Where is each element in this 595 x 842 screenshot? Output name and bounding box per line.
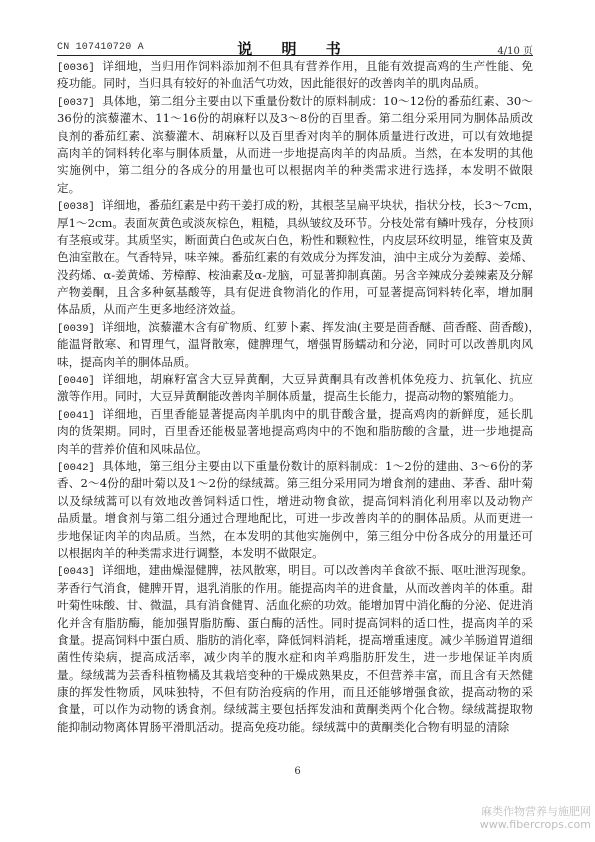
line-text: 实施例中，第二组分的各成分的用量也可以根据肉羊的种类需求进行选择，本发明不做限 <box>57 163 533 177</box>
line-text: 定。 <box>57 181 80 195</box>
paragraph: [0037]具体地，第二组分主要由以下重量份数计的原料制成：10～12份的番茄红… <box>57 93 533 197</box>
watermark: 麻类作物营养与施肥网 www.fibercrops.com <box>480 805 591 831</box>
text-line: 定。 <box>57 180 533 197</box>
line-text: 食量，可以作为动物的诱食剂。绿绒蒿主要包括挥发油和黄酮类两个化合物。绿绒蒿提取物 <box>57 702 533 716</box>
text-line: 高肉羊的饲料转化率与胴体质量，从而进一步地提高肉羊的肉品质。当然，在本发明的其他 <box>57 145 533 162</box>
line-text: 详细地，番茄红素是中药干姜打成的粉，其根茎呈扁平块状，指状分枝，长3～7cm， <box>102 198 533 212</box>
line-text: 激等作用。同时，大豆异黄酮能改善肉羊胴体质量，提高生长能力，提高动物的繁殖能力。 <box>57 389 521 403</box>
text-line: 能温肾散寒、和胃理气，温肾散寒，健脾理气，增强胃肠蠕动和分泌，同时可以改善肌肉风 <box>57 336 533 353</box>
text-line: 色油室散在。气香特异，味辛辣。番茄红素的有效成分为挥发油，油中主成分为姜醇、姜烯… <box>57 249 533 266</box>
text-line: 肉的货架期。同时，百里香还能极显著地提高鸡肉中的不饱和脂肪酸的含量，进一步地提高 <box>57 423 533 440</box>
text-line: 有茎痕或芽。其质坚实，断面黄白色或灰白色，粉性和颗粒性，内皮层环纹明显，维管束及… <box>57 232 533 249</box>
text-line: 量。绿绒蒿为芸香科植物橘及其栽培变种的干燥成熟果皮，不但营养丰富，而且含有天然健 <box>57 667 533 684</box>
line-text: 食量。提高饲料中蛋白质、脂肪的消化率，降低饲料消耗，提高增重速度。减少羊肠道胃道… <box>57 633 533 647</box>
line-text: 良剂的番茄红素、滨藜灌木、胡麻籽以及百里香对肉羊的胴体质量进行改进，可以有效地提 <box>57 129 533 143</box>
text-line: 康的挥发性物质，风味独特，不但有防治疫病的作用，而且还能够增强食欲，提高动物的采 <box>57 684 533 701</box>
line-text: 没药烯、α-姜黄烯、芳樟醇、桉油素及α-龙脑，可显著抑制真菌。另含辛辣成分姜辣素… <box>57 268 533 282</box>
line-text: 肉的货架期。同时，百里香还能极显著地提高鸡肉中的不饱和脂肪酸的含量，进一步地提高 <box>57 424 533 438</box>
text-line: 激等作用。同时，大豆异黄酮能改善肉羊胴体质量，提高生长能力，提高动物的繁殖能力。 <box>57 388 533 405</box>
text-line: 没药烯、α-姜黄烯、芳樟醇、桉油素及α-龙脑，可显著抑制真菌。另含辛辣成分姜辣素… <box>57 267 533 284</box>
paragraph: [0039]详细地，滨藜灌木含有矿物质、红萝卜素、挥发油(主要是茴香醚、茴香醛、… <box>57 319 533 371</box>
paragraph: [0036]详细地，当归用作饲料添加剂不但具有营养作用，且能有效提高鸡的生产性能… <box>57 58 533 93</box>
watermark-site-name: 麻类作物营养与施肥网 <box>480 805 591 818</box>
text-line: 36份的滨藜灌木、11～16份的胡麻籽以及3～8份的百里香。第二组分采用同为胴体… <box>57 110 533 127</box>
paragraph-number: [0037] <box>57 95 102 110</box>
line-text: 详细地，百里香能显著提高肉羊肌肉中的肌苷酸含量，提高鸡肉的新鲜度，延长肌 <box>102 407 533 421</box>
line-text: 详细地，胡麻籽富含大豆异黄酮，大豆异黄酮具有改善机体免疫力、抗氧化、抗应 <box>102 372 533 386</box>
line-text: 品质量。增食剂与第二组分通过合理地配比，可进一步改善肉羊的的胴体品质。从而更进一 <box>57 511 533 525</box>
text-line: 步地保证肉羊的肉品质。当然，在本发明的其他实施例中，第三组分中份各成分的用量还可 <box>57 528 533 545</box>
text-line: [0036]详细地，当归用作饲料添加剂不但具有营养作用，且能有效提高鸡的生产性能… <box>57 58 533 75</box>
line-text: 厚1～2cm。表面灰黄色或淡灰棕色，粗糙，具纵皱纹及环节。分枝处常有鳞叶残存，分… <box>57 216 533 230</box>
line-text: 详细地，建曲燥湿健脾，祛风散寒，明目。可以改善肉羊食欲不振、呕吐泄泻现象。 <box>102 563 533 577</box>
page-number: 6 <box>0 766 595 777</box>
paragraph-number: [0036] <box>57 60 102 75</box>
document-body: [0036]详细地，当归用作饲料添加剂不但具有营养作用，且能有效提高鸡的生产性能… <box>57 58 533 736</box>
line-text: 36份的滨藜灌木、11～16份的胡麻籽以及3～8份的百里香。第二组分采用同为胴体… <box>57 111 533 125</box>
paragraph: [0038]详细地，番茄红素是中药干姜打成的粉，其根茎呈扁平块状，指状分枝，长3… <box>57 197 533 319</box>
text-line: 良剂的番茄红素、滨藜灌木、胡麻籽以及百里香对肉羊的胴体质量进行改进，可以有效地提 <box>57 128 533 145</box>
paragraph: [0041]详细地，百里香能显著提高肉羊肌肉中的肌苷酸含量，提高鸡肉的新鲜度，延… <box>57 406 533 458</box>
line-text: 香、2～4份的甜叶菊以及1～2份的绿绒蒿。第三组分采用同为增食剂的建曲、茅香、甜… <box>57 476 533 490</box>
line-text: 能抑制动物离体胃肠平滑肌活动。提高免疫功能。绿绒蒿中的黄酮类化合物有明显的清除 <box>57 720 509 734</box>
text-line: 化并含有脂肪酶，能加强胃脂肪酶、蛋白酶的活性。同时提高饲料的适口性，提高肉羊的采 <box>57 615 533 632</box>
paragraph: [0040]详细地，胡麻籽富含大豆异黄酮，大豆异黄酮具有改善机体免疫力、抗氧化、… <box>57 371 533 406</box>
text-line: 肉羊的营养价值和风味品位。 <box>57 441 533 458</box>
text-line: 以根据肉羊的种类需求进行调整，本发明不做限定。 <box>57 545 533 562</box>
paragraph-number: [0039] <box>57 321 102 336</box>
line-text: 产物姜酮，且含多种氨基酸等，具有促进食物消化的作用，可显著提高饲料转化率，增加胴 <box>57 285 533 299</box>
paragraph-number: [0042] <box>57 460 102 475</box>
paragraph: [0042]具体地，第三组分主要由以下重量份数计的原料制成：1～2份的建曲、3～… <box>57 458 533 562</box>
line-text: 量。绿绒蒿为芸香科植物橘及其栽培变种的干燥成熟果皮，不但营养丰富，而且含有天然健 <box>57 668 533 682</box>
line-text: 味，提高肉羊的胴体品质。 <box>57 355 196 369</box>
line-text: 有茎痕或芽。其质坚实，断面黄白色或灰白色，粉性和颗粒性，内皮层环纹明显，维管束及… <box>57 233 533 247</box>
line-text: 具体地，第三组分主要由以下重量份数计的原料制成：1～2份的建曲、3～6份的茅 <box>102 459 533 473</box>
header-rule <box>57 55 533 56</box>
text-line: 品质量。增食剂与第二组分通过合理地配比，可进一步改善肉羊的的胴体品质。从而更进一 <box>57 510 533 527</box>
line-text: 康的挥发性物质，风味独特，不但有防治疫病的作用，而且还能够增强食欲，提高动物的采 <box>57 685 533 699</box>
text-line: 体品质，从而产生更多地经济效益。 <box>57 301 533 318</box>
text-line: [0043]详细地，建曲燥湿健脾，祛风散寒，明目。可以改善肉羊食欲不振、呕吐泄泻… <box>57 562 533 579</box>
line-text: 具体地，第二组分主要由以下重量份数计的原料制成：10～12份的番茄红素、30～ <box>102 94 533 108</box>
line-text: 茅香行气消食，健脾开胃，退乳消胀的作用。能提高肉羊的进食量，从而改善肉羊的体重。… <box>57 581 533 595</box>
text-line: 疫功能。同时，当归具有较好的补血活气功效，因此能很好的改善肉羊的肌肉品质。 <box>57 75 533 92</box>
text-line: [0040]详细地，胡麻籽富含大豆异黄酮，大豆异黄酮具有改善机体免疫力、抗氧化、… <box>57 371 533 388</box>
text-line: 食量。提高饲料中蛋白质、脂肪的消化率，降低饲料消耗，提高增重速度。减少羊肠道胃道… <box>57 632 533 649</box>
text-line: 能抑制动物离体胃肠平滑肌活动。提高免疫功能。绿绒蒿中的黄酮类化合物有明显的清除 <box>57 719 533 736</box>
line-text: 化并含有脂肪酶，能加强胃脂肪酶、蛋白酶的活性。同时提高饲料的适口性，提高肉羊的采 <box>57 616 533 630</box>
line-text: 能温肾散寒、和胃理气，温肾散寒，健脾理气，增强胃肠蠕动和分泌，同时可以改善肌肉风 <box>57 337 533 351</box>
line-text: 肉羊的营养价值和风味品位。 <box>57 442 208 456</box>
text-line: 香、2～4份的甜叶菊以及1～2份的绿绒蒿。第三组分采用同为增食剂的建曲、茅香、甜… <box>57 475 533 492</box>
line-text: 高肉羊的饲料转化率与胴体质量，从而进一步地提高肉羊的肉品质。当然，在本发明的其他 <box>57 146 533 160</box>
text-line: [0039]详细地，滨藜灌木含有矿物质、红萝卜素、挥发油(主要是茴香醚、茴香醛、… <box>57 319 533 336</box>
text-line: 茅香行气消食，健脾开胃，退乳消胀的作用。能提高肉羊的进食量，从而改善肉羊的体重。… <box>57 580 533 597</box>
text-line: 食量，可以作为动物的诱食剂。绿绒蒿主要包括挥发油和黄酮类两个化合物。绿绒蒿提取物 <box>57 701 533 718</box>
paragraph-number: [0038] <box>57 199 102 214</box>
text-line: 厚1～2cm。表面灰黄色或淡灰棕色，粗糙，具纵皱纹及环节。分枝处常有鳞叶残存，分… <box>57 215 533 232</box>
line-text: 步地保证肉羊的肉品质。当然，在本发明的其他实施例中，第三组分中份各成分的用量还可 <box>57 529 533 543</box>
line-text: 以根据肉羊的种类需求进行调整，本发明不做限定。 <box>57 546 324 560</box>
paragraph-number: [0041] <box>57 408 102 423</box>
line-text: 详细地，滨藜灌木含有矿物质、红萝卜素、挥发油(主要是茴香醚、茴香醛、茴香酸)， <box>102 320 533 334</box>
line-text: 疫功能。同时，当归具有较好的补血活气功效，因此能很好的改善肉羊的肌肉品质。 <box>57 76 486 90</box>
line-text: 色油室散在。气香特异，味辛辣。番茄红素的有效成分为挥发油，油中主成分为姜醇、姜烯… <box>57 250 533 264</box>
line-text: 详细地，当归用作饲料添加剂不但具有营养作用，且能有效提高鸡的生产性能、免 <box>102 59 533 73</box>
text-line: 实施例中，第二组分的各成分的用量也可以根据肉羊的种类需求进行选择，本发明不做限 <box>57 162 533 179</box>
line-text: 体品质，从而产生更多地经济效益。 <box>57 302 243 316</box>
text-line: [0038]详细地，番茄红素是中药干姜打成的粉，其根茎呈扁平块状，指状分枝，长3… <box>57 197 533 214</box>
text-line: 菌性传染病，提高成活率，减少肉羊的腹水症和肉羊鸡脂肪肝发生，进一步地保证羊肉质 <box>57 649 533 666</box>
text-line: [0042]具体地，第三组分主要由以下重量份数计的原料制成：1～2份的建曲、3～… <box>57 458 533 475</box>
text-line: [0037]具体地，第二组分主要由以下重量份数计的原料制成：10～12份的番茄红… <box>57 93 533 110</box>
text-line: 产物姜酮，且含多种氨基酸等，具有促进食物消化的作用，可显著提高饲料转化率，增加胴 <box>57 284 533 301</box>
paragraph-number: [0040] <box>57 373 102 388</box>
text-line: 味，提高肉羊的胴体品质。 <box>57 354 533 371</box>
page-header: CN 107410720 A 说 明 书 4/10 页 <box>57 38 533 56</box>
text-line: 以及绿绒蒿可以有效地改善饲料适口性，增进动物食欲，提高饲料消化利用率以及动物产 <box>57 493 533 510</box>
text-line: [0041]详细地，百里香能显著提高肉羊肌肉中的肌苷酸含量，提高鸡肉的新鲜度，延… <box>57 406 533 423</box>
paragraph: [0043]详细地，建曲燥湿健脾，祛风散寒，明目。可以改善肉羊食欲不振、呕吐泄泻… <box>57 562 533 736</box>
paragraph-number: [0043] <box>57 564 102 579</box>
line-text: 以及绿绒蒿可以有效地改善饲料适口性，增进动物食欲，提高饲料消化利用率以及动物产 <box>57 494 533 508</box>
watermark-url: www.fibercrops.com <box>480 818 591 831</box>
text-line: 叶菊性味酸、甘、微温，具有消食健胃、活血化瘀的功效。能增加胃中消化酶的分泌、促进… <box>57 597 533 614</box>
line-text: 叶菊性味酸、甘、微温，具有消食健胃、活血化瘀的功效。能增加胃中消化酶的分泌、促进… <box>57 598 533 612</box>
line-text: 菌性传染病，提高成活率，减少肉羊的腹水症和肉羊鸡脂肪肝发生，进一步地保证羊肉质 <box>57 650 533 664</box>
